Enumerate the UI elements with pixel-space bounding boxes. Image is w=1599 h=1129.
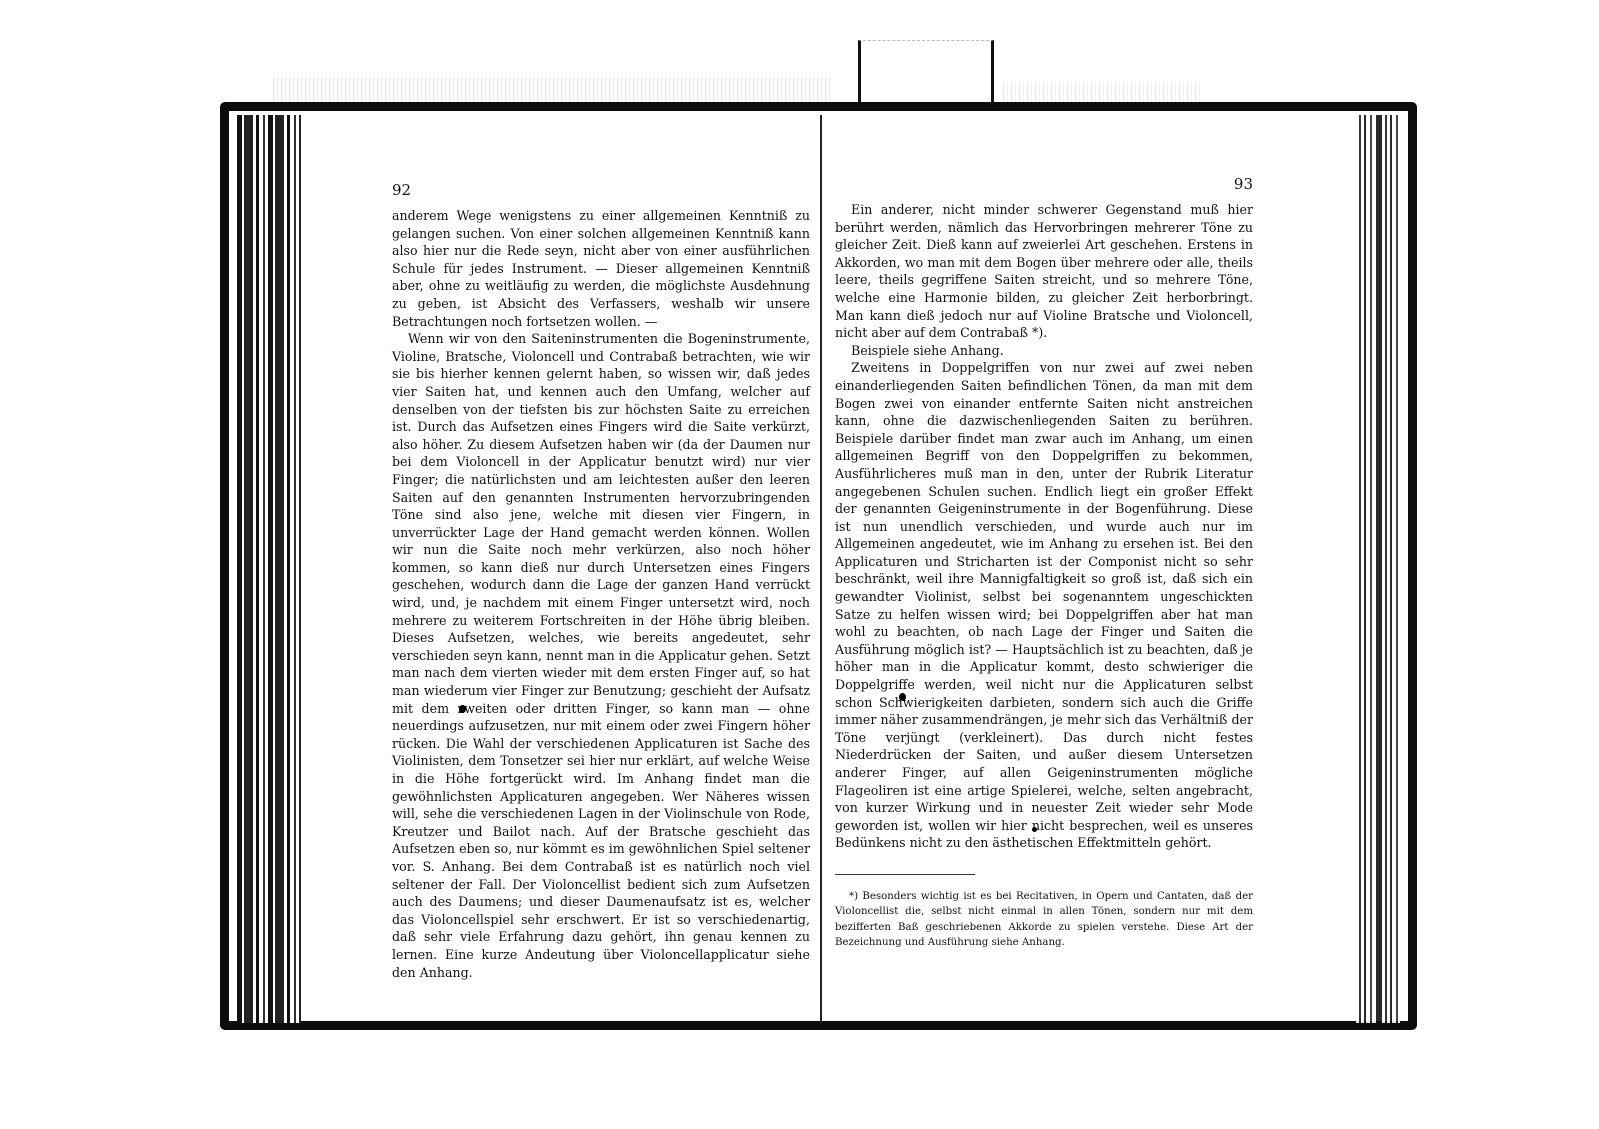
left-page-edges xyxy=(237,115,301,1023)
bookmark-tab xyxy=(858,40,994,103)
footnote-text: *) Besonders wichtig ist es bei Recitati… xyxy=(835,889,1253,951)
footnote: *) Besonders wichtig ist es bei Recitati… xyxy=(835,889,1253,951)
book-gutter xyxy=(820,115,822,1023)
footnote-rule xyxy=(835,874,975,875)
body-text: anderem Wege wenigstens zu einer allgeme… xyxy=(392,207,810,981)
ink-blot xyxy=(899,693,906,701)
ink-blot xyxy=(1032,827,1037,832)
paragraph: Beispiele siehe Anhang. xyxy=(835,342,1253,360)
page-number: 92 xyxy=(392,181,810,205)
body-text: Ein anderer, nicht minder schwerer Gegen… xyxy=(835,201,1253,852)
right-page-edges xyxy=(1356,115,1400,1023)
right-page: 93 Ein anderer, nicht minder schwerer Ge… xyxy=(835,175,1253,951)
paragraph: anderem Wege wenigstens zu einer allgeme… xyxy=(392,207,810,330)
ink-blot xyxy=(459,705,466,713)
paragraph: Zweitens in Doppelgriffen von nur zwei a… xyxy=(835,359,1253,852)
paragraph: Ein anderer, nicht minder schwerer Gegen… xyxy=(835,201,1253,342)
page-number: 93 xyxy=(835,175,1253,199)
paragraph: Wenn wir von den Saiteninstrumenten die … xyxy=(392,330,810,981)
left-page: 92 anderem Wege wenigstens zu einer allg… xyxy=(392,175,810,981)
